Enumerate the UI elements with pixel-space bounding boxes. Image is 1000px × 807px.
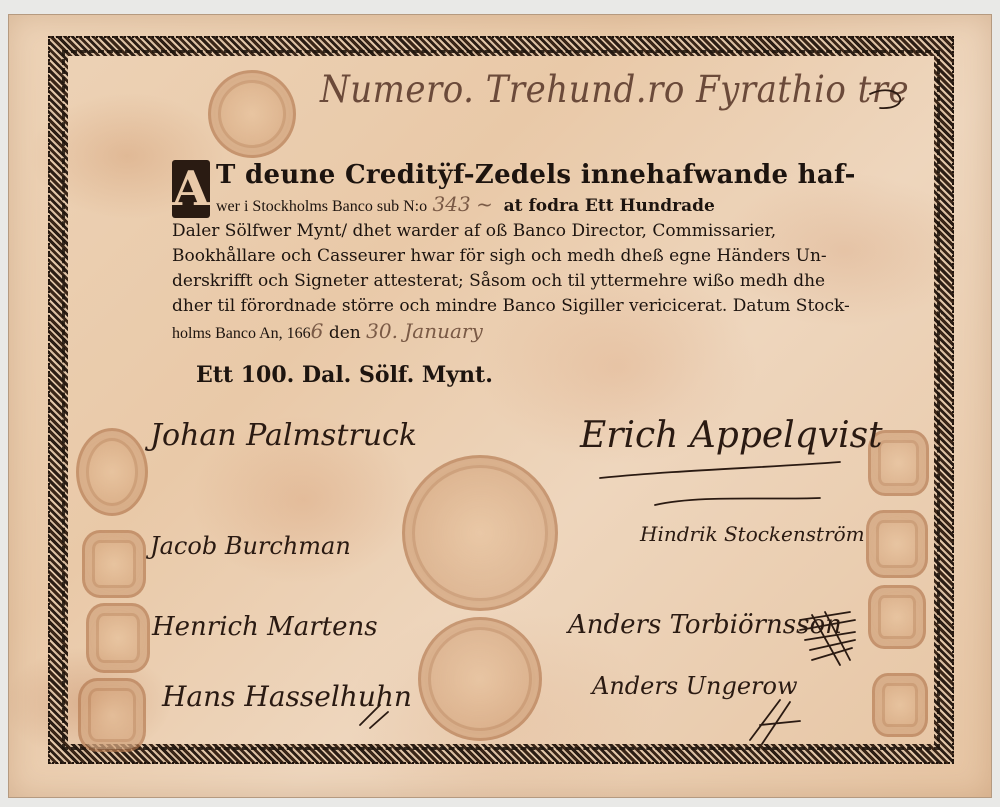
flourish-marks (0, 0, 1000, 807)
